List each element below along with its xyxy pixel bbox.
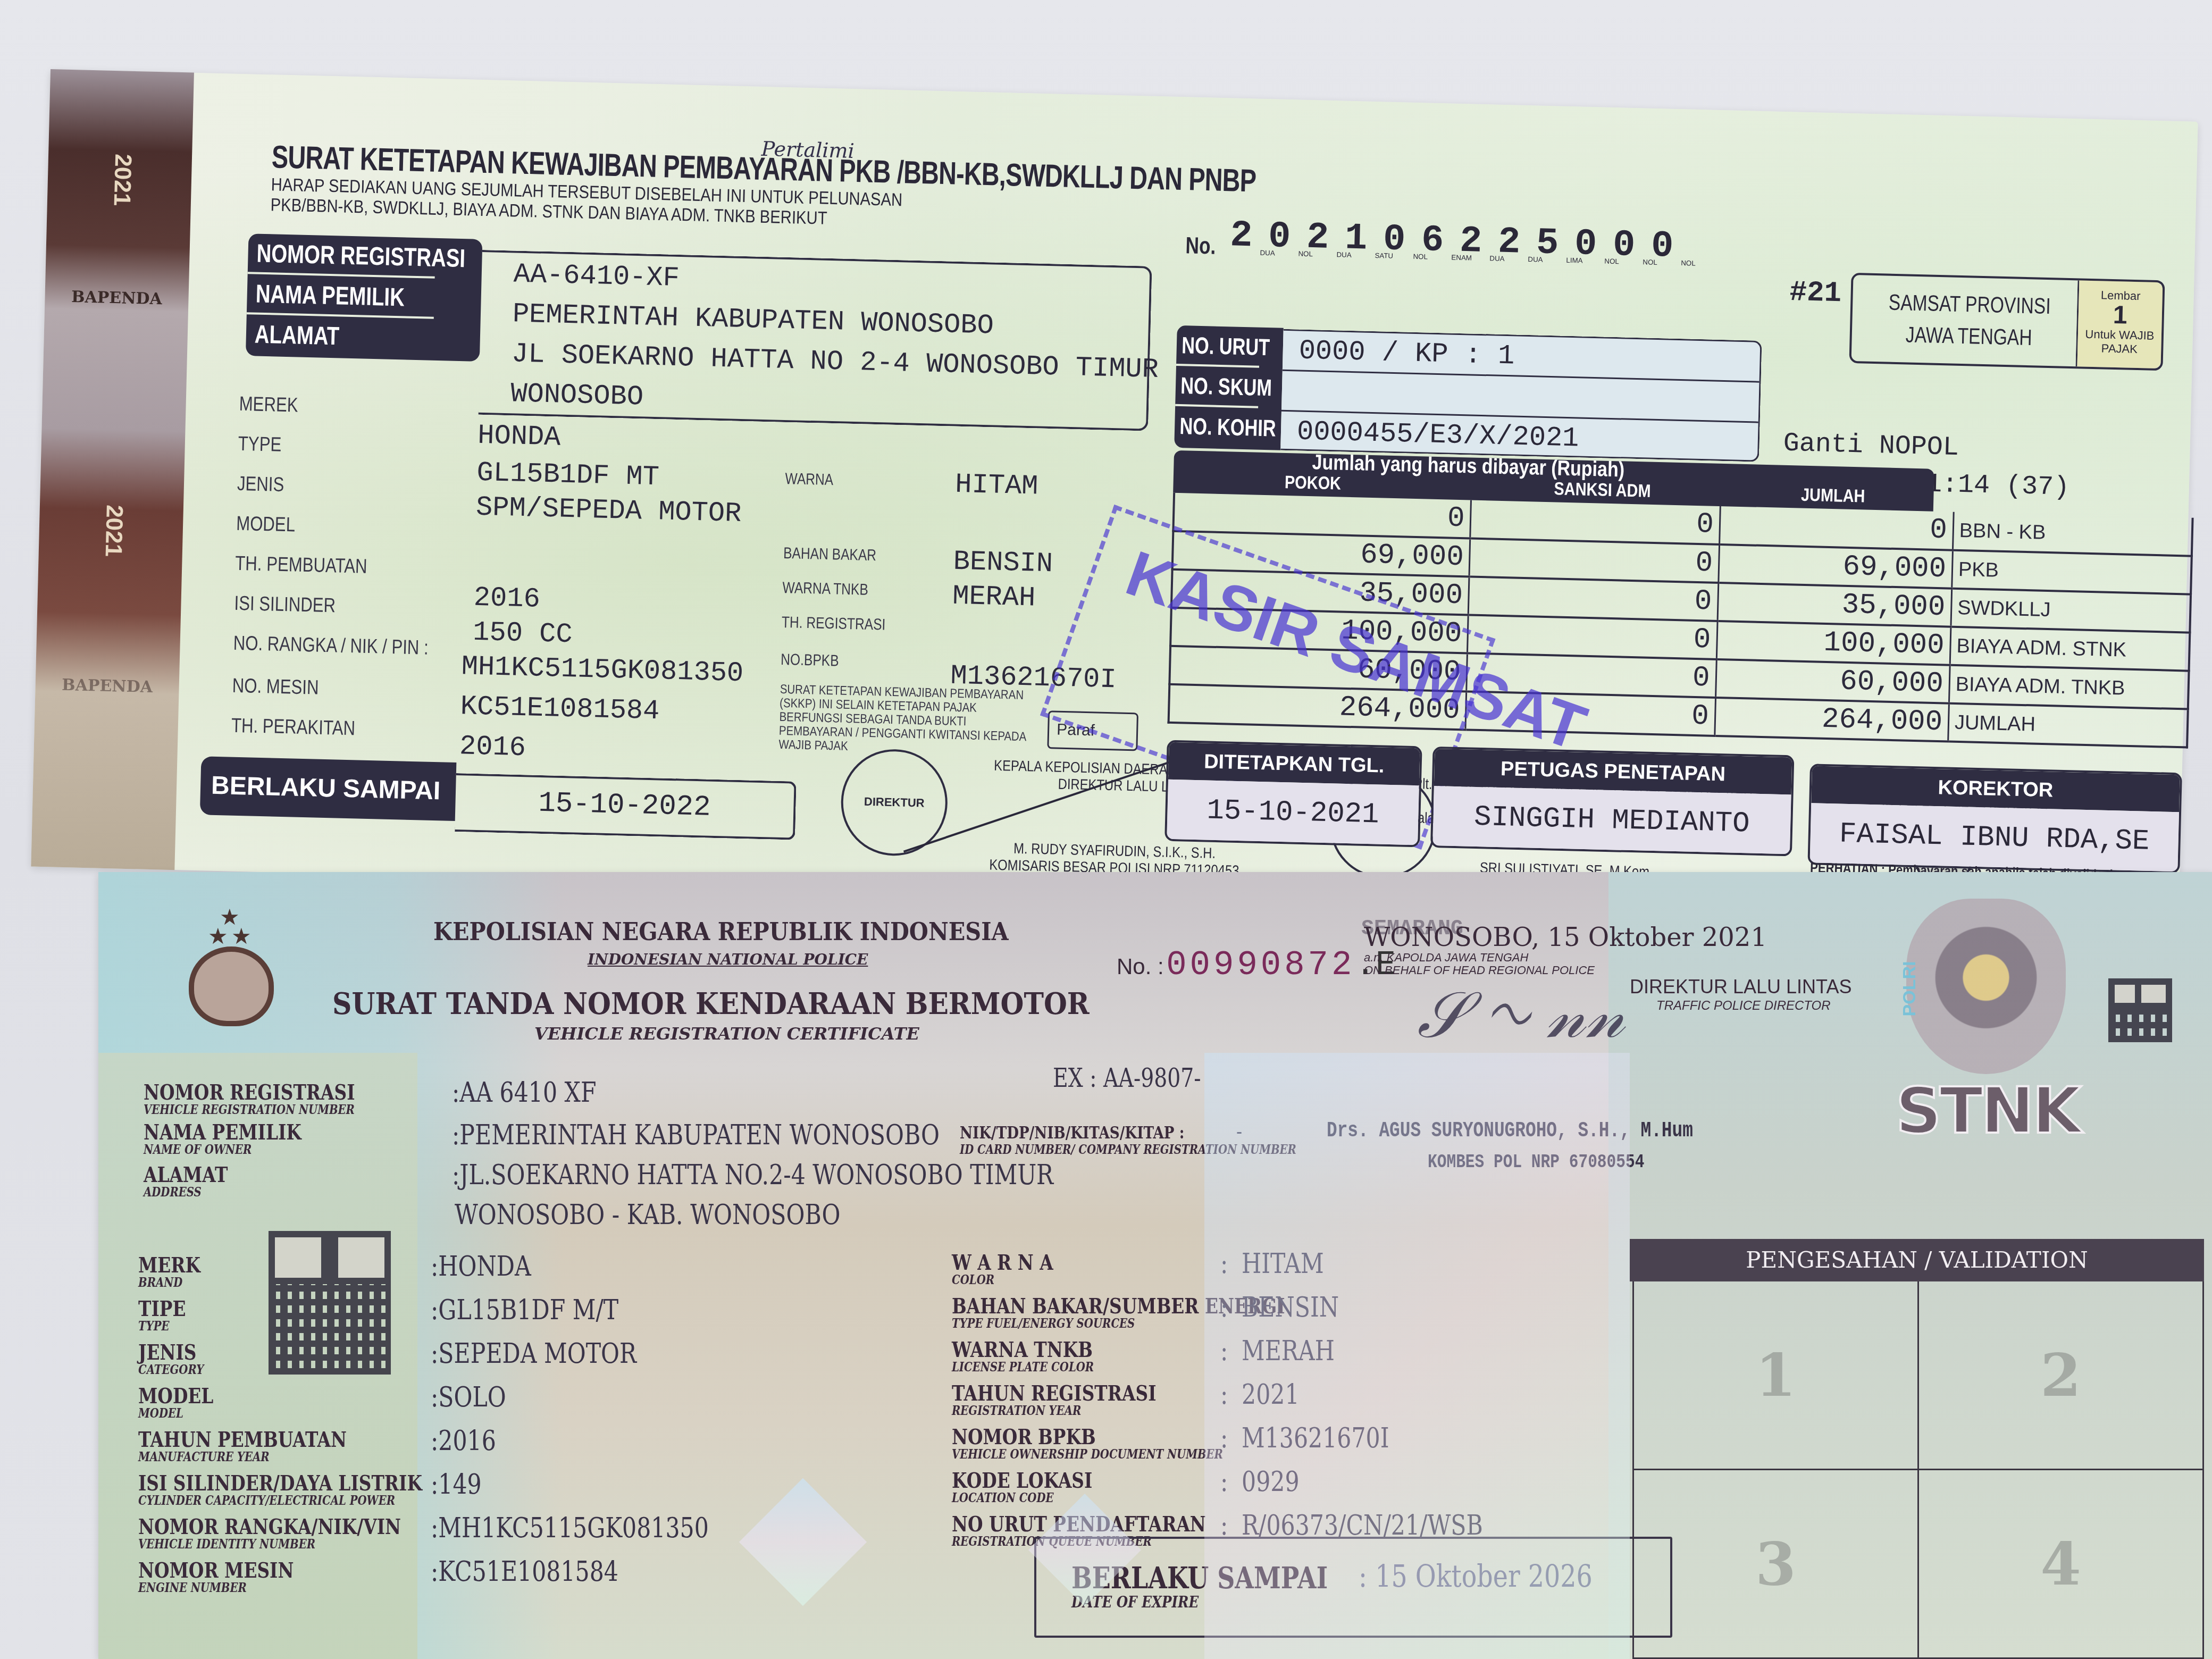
stnk-title: SURAT TANDA NOMOR KENDARAAN BERMOTOR: [332, 986, 1090, 1021]
value-alamat-2: WONOSOBO - KAB. WONOSOBO: [455, 1199, 840, 1231]
alamat-id: ALAMAT: [144, 1162, 228, 1187]
stnk-serial: No. : 00990872.E: [1117, 946, 1396, 985]
stnk-field-label: MERKBRAND: [138, 1255, 200, 1289]
field-label-id: JENIS: [138, 1340, 197, 1365]
stnk-field-label: MODELMODEL: [138, 1386, 213, 1420]
doc-digit-group: 0NOL: [1604, 224, 1644, 267]
korektor-box: KOREKTOR FAISAL IBNU RDA,SE: [1807, 764, 2182, 874]
field-label-id: NOMOR BPKB: [952, 1425, 1096, 1449]
samsat-box: SAMSAT PROVINSI JAWA TENGAH Lembar 1 Unt…: [1849, 273, 2165, 371]
field-label-en: COLOR: [952, 1273, 1053, 1286]
doc-digit: 0: [1643, 225, 1682, 268]
col-jumlah: JUMLAH: [1801, 485, 1865, 507]
doc-digit-group: 2DUA: [1489, 221, 1529, 264]
alamat-line-2: WONOSOBO: [510, 378, 644, 413]
validation-cell-2: 2: [1919, 1281, 2204, 1470]
value-isi-silinder: 150 CC: [473, 617, 573, 651]
value-th-perakitan: 2016: [459, 731, 526, 764]
field-label-en: LICENSE PLATE COLOR: [952, 1361, 1094, 1373]
field-label-en: REGISTRATION YEAR: [952, 1404, 1157, 1417]
field-label-en: ENGINE NUMBER: [138, 1581, 294, 1594]
director-signature: 𝒮 ∿ 𝓃𝓃: [1417, 978, 1625, 1053]
payment-cell-label: BBN - KB: [1953, 512, 2192, 556]
stnk-field-label: NOMOR BPKBVEHICLE OWNERSHIP DOCUMENT NUM…: [952, 1427, 1223, 1461]
nomor-registrasi-en: VEHICLE REGISTRATION NUMBER: [144, 1103, 355, 1116]
doc-digit-group: 2DUA: [1451, 220, 1490, 263]
on-behalf: a.n. KAPOLDA JAWA TENGAH: [1364, 951, 1528, 965]
label-nama-pemilik: NAMA PEMILIKNAME OF OWNER: [144, 1122, 301, 1156]
ditetapkan-label: DITETAPKAN TGL.: [1168, 742, 1420, 786]
hologram-overlay: [1204, 1053, 1630, 1659]
validation-cell-1: 1: [1634, 1281, 1919, 1470]
doc-no-digits: 2DUA0NOL2DUA1SATU0NOL6ENAM2DUA2DUA5LIMA0…: [1221, 247, 1681, 267]
doc-digit: 6: [1413, 220, 1452, 263]
stnk-field-label: NOMOR RANGKA/NIK/VINVEHICLE IDENTITY NUM…: [138, 1516, 401, 1551]
stnk-field-label: JENISCATEGORY: [138, 1342, 204, 1376]
doc-digit-word: NOL: [1681, 259, 1696, 267]
value-type: GL15B1DF MT: [476, 457, 660, 493]
label-th-perakitan: TH. PERAKITAN: [231, 715, 355, 741]
director-title: DIREKTUR LALU LINTAS: [1630, 976, 1851, 998]
owner-labels: NOMOR REGISTRASI NAMA PEMILIK ALAMAT: [246, 233, 482, 362]
field-label-en: LOCATION CODE: [952, 1492, 1092, 1504]
payment-cell-label: BIAYA ADM. TNKB: [1949, 665, 2189, 709]
col-pokok: POKOK: [1285, 472, 1342, 495]
stnk-logo: STNK: [1896, 1074, 2080, 1148]
traffic-police-badge-icon: [1906, 899, 2066, 1074]
doc-digit: 0: [1566, 223, 1605, 266]
ganti-nopol: Ganti NOPOL: [1783, 425, 2071, 470]
lembar-label: Lembar: [2101, 288, 2141, 303]
payment-cell-sanksi: 0: [1470, 500, 1720, 544]
doc-digit-group: 0NOL: [1566, 223, 1605, 266]
label-warna-tnkb: WARNA TNKB: [782, 579, 868, 599]
payment-cell-label: JUMLAH: [1948, 703, 2188, 748]
stnk-field-label: WARNA TNKBLICENSE PLATE COLOR: [952, 1339, 1094, 1373]
petugas-box: PETUGAS PENETAPAN SINGGIH MEDIANTO: [1430, 747, 1794, 857]
lembar-note: Untuk WAJIB PAJAK: [2085, 328, 2155, 356]
strip-year-2: 2021: [99, 499, 128, 563]
label-no-kohir: NO. KOHIR: [1174, 406, 1258, 449]
label-th-pembuatan: TH. PEMBUATAN: [235, 552, 367, 579]
stnk-field-value: :SOLO: [431, 1381, 506, 1413]
doc-digit: 5: [1528, 222, 1567, 265]
value-bahan-bakar: BENSIN: [953, 546, 1053, 580]
col-sanksi: SANKSI ADM: [1554, 479, 1651, 501]
doc-digit-group: 0NOL: [1375, 219, 1414, 262]
field-label-en: BRAND: [138, 1276, 200, 1289]
doc-digit: 0: [1375, 219, 1414, 262]
label-no-skum: NO. SKUM: [1175, 366, 1259, 408]
field-label-id: TAHUN REGISTRASI: [952, 1381, 1157, 1406]
stnk-field-value: :GL15B1DF M/T: [431, 1294, 618, 1326]
berlaku-label: BERLAKU SAMPAI: [200, 756, 457, 821]
label-type: TYPE: [238, 433, 281, 457]
doc-digit-group: 6ENAM: [1413, 220, 1452, 263]
doc-digit: 2: [1221, 215, 1261, 258]
stnk-field-value: :149: [431, 1469, 482, 1501]
stnk-field-label: KODE LOKASILOCATION CODE: [952, 1470, 1092, 1504]
field-label-id: KODE LOKASI: [952, 1468, 1092, 1493]
label-model: MODEL: [236, 513, 296, 537]
label-no-bpkb: NO.BPKB: [781, 651, 839, 671]
strip-agency-2: BAPENDA: [46, 675, 169, 697]
berlaku-value: 15-10-2022: [455, 773, 796, 840]
stnk-field-label: TAHUN REGISTRASIREGISTRATION YEAR: [952, 1383, 1157, 1417]
lembar-box: Lembar 1 Untuk WAJIB PAJAK: [2075, 280, 2163, 368]
field-label-id: TIPE: [138, 1296, 186, 1321]
samsat-line-2: JAWA TENGAH: [1883, 318, 2054, 354]
hologram-diamond: [739, 1478, 867, 1606]
validation-grid: 1 2 3 4: [1632, 1281, 2204, 1659]
lembar-number: 1: [2078, 301, 2162, 329]
label-no-mesin: NO. MESIN: [232, 675, 319, 700]
validation-cell-4: 4: [1919, 1470, 2204, 1659]
payment-cell-label: BIAYA ADM. STNK: [1950, 627, 2190, 671]
alamat-en: ADDRESS: [144, 1186, 228, 1199]
field-label-en: MODEL: [138, 1407, 213, 1420]
datamatrix-code-icon: [2108, 978, 2172, 1042]
payment-cell-pokok: 0: [1173, 493, 1471, 539]
field-label-en: CATEGORY: [138, 1363, 204, 1376]
label-warna: WARNA: [785, 470, 833, 489]
field-label-en: VEHICLE OWNERSHIP DOCUMENT NUMBER: [952, 1448, 1223, 1461]
stnk-field-value: :HONDA: [431, 1251, 531, 1283]
field-label-id: NOMOR MESIN: [138, 1558, 294, 1583]
urut-values: 0000 / KP : 1 0000455/E3/X/2021: [1280, 329, 1762, 462]
label-no-urut: NO. URUT: [1176, 325, 1260, 368]
field-label-id: W A R N A: [952, 1250, 1053, 1275]
ex-plate: EX : AA-9807-: [1053, 1063, 1201, 1093]
petugas-value: SINGGIH MEDIANTO: [1432, 786, 1791, 856]
field-label-id: MERK: [138, 1253, 200, 1278]
doc-digit: 2: [1489, 221, 1529, 264]
value-alamat-1: :JL.SOEKARNO HATTA NO.2-4 WONOSOBO TIMUR: [452, 1159, 1053, 1191]
value-th-pembuatan: 2016: [473, 582, 540, 615]
ditetapkan-box: DITETAPKAN TGL. 15-10-2021: [1164, 740, 1422, 848]
field-label-en: CYLINDER CAPACITY/ELECTRICAL POWER: [138, 1494, 422, 1507]
payment-cell-sanksi: 0: [1468, 576, 1718, 621]
stnk-title-en: VEHICLE REGISTRATION CERTIFICATE: [534, 1024, 919, 1044]
doc-digit-group: 0NOL: [1643, 225, 1682, 268]
label-alamat: ALAMAT: [246, 314, 434, 359]
payment-cell-sanksi: 0: [1469, 538, 1719, 582]
doc-digit: 2: [1298, 216, 1337, 259]
validation-header: PENGESAHAN / VALIDATION: [1630, 1239, 2204, 1281]
on-behalf-en: ON BEHALF OF HEAD REGIONAL POLICE: [1364, 963, 1595, 977]
polri-emblem-icon: ★ ★ ★: [189, 904, 274, 1037]
field-label-id: MODEL: [138, 1384, 213, 1409]
samsat-line-1: SAMSAT PROVINSI: [1884, 286, 2055, 322]
urut-labels: NO. URUT NO. SKUM NO. KOHIR: [1174, 325, 1284, 450]
field-label-id: WARNA TNKB: [952, 1337, 1093, 1362]
payment-cell-jumlah: 100,000: [1716, 621, 1951, 665]
stnk-field-value: :KC51E1081584: [431, 1556, 618, 1588]
label-nomor-registrasi: NOMOR REGISTRASIVEHICLE REGISTRATION NUM…: [144, 1082, 355, 1116]
doc-digit-group: 2DUA: [1298, 216, 1337, 259]
label-bahan-bakar: BAHAN BAKAR: [783, 544, 877, 565]
stnk-field-label: NOMOR MESINENGINE NUMBER: [138, 1560, 294, 1594]
doc-digit-group: 1SATU: [1336, 217, 1376, 261]
stnk-field-label: TAHUN PEMBUATANMANUFACTURE YEAR: [138, 1429, 347, 1463]
stnk-field-value: :MH1KC5115GK081350: [431, 1512, 709, 1544]
samsat-name: SAMSAT PROVINSI JAWA TENGAH: [1883, 286, 2055, 354]
payment-cell-jumlah: 264,000: [1714, 698, 1949, 742]
nomor-registrasi: AA-6410-XF: [513, 258, 680, 294]
payment-cell-jumlah: 35,000: [1717, 583, 1952, 627]
handwritten-note: Pertalimi: [761, 137, 854, 163]
strip-agency: BAPENDA: [55, 287, 178, 309]
doc-digit-group: 0NOL: [1260, 216, 1299, 259]
director-title-en: TRAFFIC POLICE DIRECTOR: [1656, 999, 1831, 1013]
nama-pemilik-id: NAMA PEMILIK: [144, 1120, 301, 1145]
payment-cell-jumlah: 69,000: [1718, 544, 1953, 589]
value-no-rangka: MH1KC5115GK081350: [461, 651, 744, 689]
label-merek: MEREK: [239, 393, 298, 417]
value-merek: HONDA: [477, 420, 561, 454]
serial-number: 00990872: [1166, 946, 1355, 985]
label-jenis: JENIS: [237, 473, 284, 497]
strip-year: 2021: [108, 148, 136, 212]
label-nomor-registrasi: NOMOR REGISTRASI: [248, 233, 436, 279]
nama-pemilik-en: NAME OF OWNER: [144, 1143, 301, 1156]
skkp-note: SURAT KETETAPAN KEWAJIBAN PEMBAYARAN (SK…: [778, 683, 1033, 758]
nik-id: NIK/TDP/NIB/KITAS/KITAP :: [960, 1122, 1184, 1143]
doc-digit: 2: [1451, 220, 1490, 263]
validation-cell-3: 3: [1634, 1470, 1919, 1659]
value-warna-tnkb: MERAH: [952, 581, 1036, 614]
stnk-card: ★ ★ ★ KEPOLISIAN NEGARA REPUBLIK INDONES…: [98, 872, 2212, 1659]
value-nomor-registrasi: :AA 6410 XF: [452, 1077, 597, 1109]
doc-digit: 1: [1336, 217, 1376, 261]
field-label-id: NOMOR RANGKA/NIK/VIN: [138, 1514, 401, 1539]
label-alamat: ALAMATADDRESS: [144, 1164, 228, 1199]
qr-code-icon: [269, 1231, 391, 1375]
stnk-field-value: :2016: [431, 1425, 496, 1457]
value-no-mesin: KC51E1081584: [460, 691, 660, 727]
field-label-id: ISI SILINDER/DAYA LISTRIK: [138, 1471, 422, 1496]
payment-cell-label: PKB: [1952, 550, 2192, 594]
field-label-en: MANUFACTURE YEAR: [138, 1451, 347, 1463]
nomor-registrasi-id: NOMOR REGISTRASI: [144, 1080, 355, 1105]
ditetapkan-value: 15-10-2021: [1167, 780, 1419, 847]
place-date: WONOSOBO, 15 Oktober 2021: [1364, 923, 1767, 952]
doc-digit: 0: [1604, 224, 1644, 267]
stnk-field-label: W A R N ACOLOR: [952, 1252, 1053, 1286]
stnk-field-value: :SEPEDA MOTOR: [431, 1338, 636, 1370]
stnk-header: KEPOLISIAN NEGARA REPUBLIK INDONESIA: [433, 917, 1009, 946]
stnk-field-label: TIPETYPE: [138, 1298, 186, 1333]
doc-no-label: No.: [1185, 232, 1216, 259]
field-label-id: TAHUN PEMBUATAN: [138, 1427, 347, 1452]
value-nama-pemilik: :PEMERINTAH KABUPATEN WONOSOBO: [452, 1119, 940, 1151]
sequence-number: #21: [1789, 276, 1842, 310]
document-number: No. 2DUA0NOL2DUA1SATU0NOL6ENAM2DUA2DUA5L…: [1182, 214, 1682, 271]
value-warna: HITAM: [955, 469, 1038, 502]
polri-vertical-text: POLRI: [1899, 961, 1920, 1017]
doc-digit-group: 2DUA: [1221, 215, 1261, 258]
label-no-rangka: NO. RANGKA / NIK / PIN :: [233, 632, 429, 660]
skkp-document: 2021 BAPENDA 2021 BAPENDA SURAT KETETAPA…: [31, 69, 2198, 919]
serial-label: No. :: [1117, 954, 1164, 979]
label-th-registrasi: TH. REGISTRASI: [782, 614, 886, 634]
payment-cell-jumlah: 60,000: [1715, 659, 1950, 703]
value-jenis: SPM/SEPEDA MOTOR: [475, 492, 742, 530]
field-label-en: VEHICLE IDENTITY NUMBER: [138, 1538, 401, 1551]
stnk-header-en: INDONESIAN NATIONAL POLICE: [588, 951, 868, 968]
label-isi-silinder: ISI SILINDER: [234, 592, 336, 618]
security-strip: 2021 BAPENDA 2021 BAPENDA: [31, 69, 194, 870]
stnk-field-label: ISI SILINDER/DAYA LISTRIKCYLINDER CAPACI…: [138, 1473, 422, 1507]
doc-digit: 0: [1260, 216, 1299, 259]
payment-cell-label: SWDKLLJ: [1951, 589, 2191, 633]
label-nama-pemilik: NAMA PEMILIK: [247, 274, 435, 319]
field-label-en: TYPE: [138, 1320, 186, 1333]
payment-cell-jumlah: 0: [1719, 506, 1954, 550]
doc-digit-group: 5LIMA: [1528, 222, 1567, 265]
